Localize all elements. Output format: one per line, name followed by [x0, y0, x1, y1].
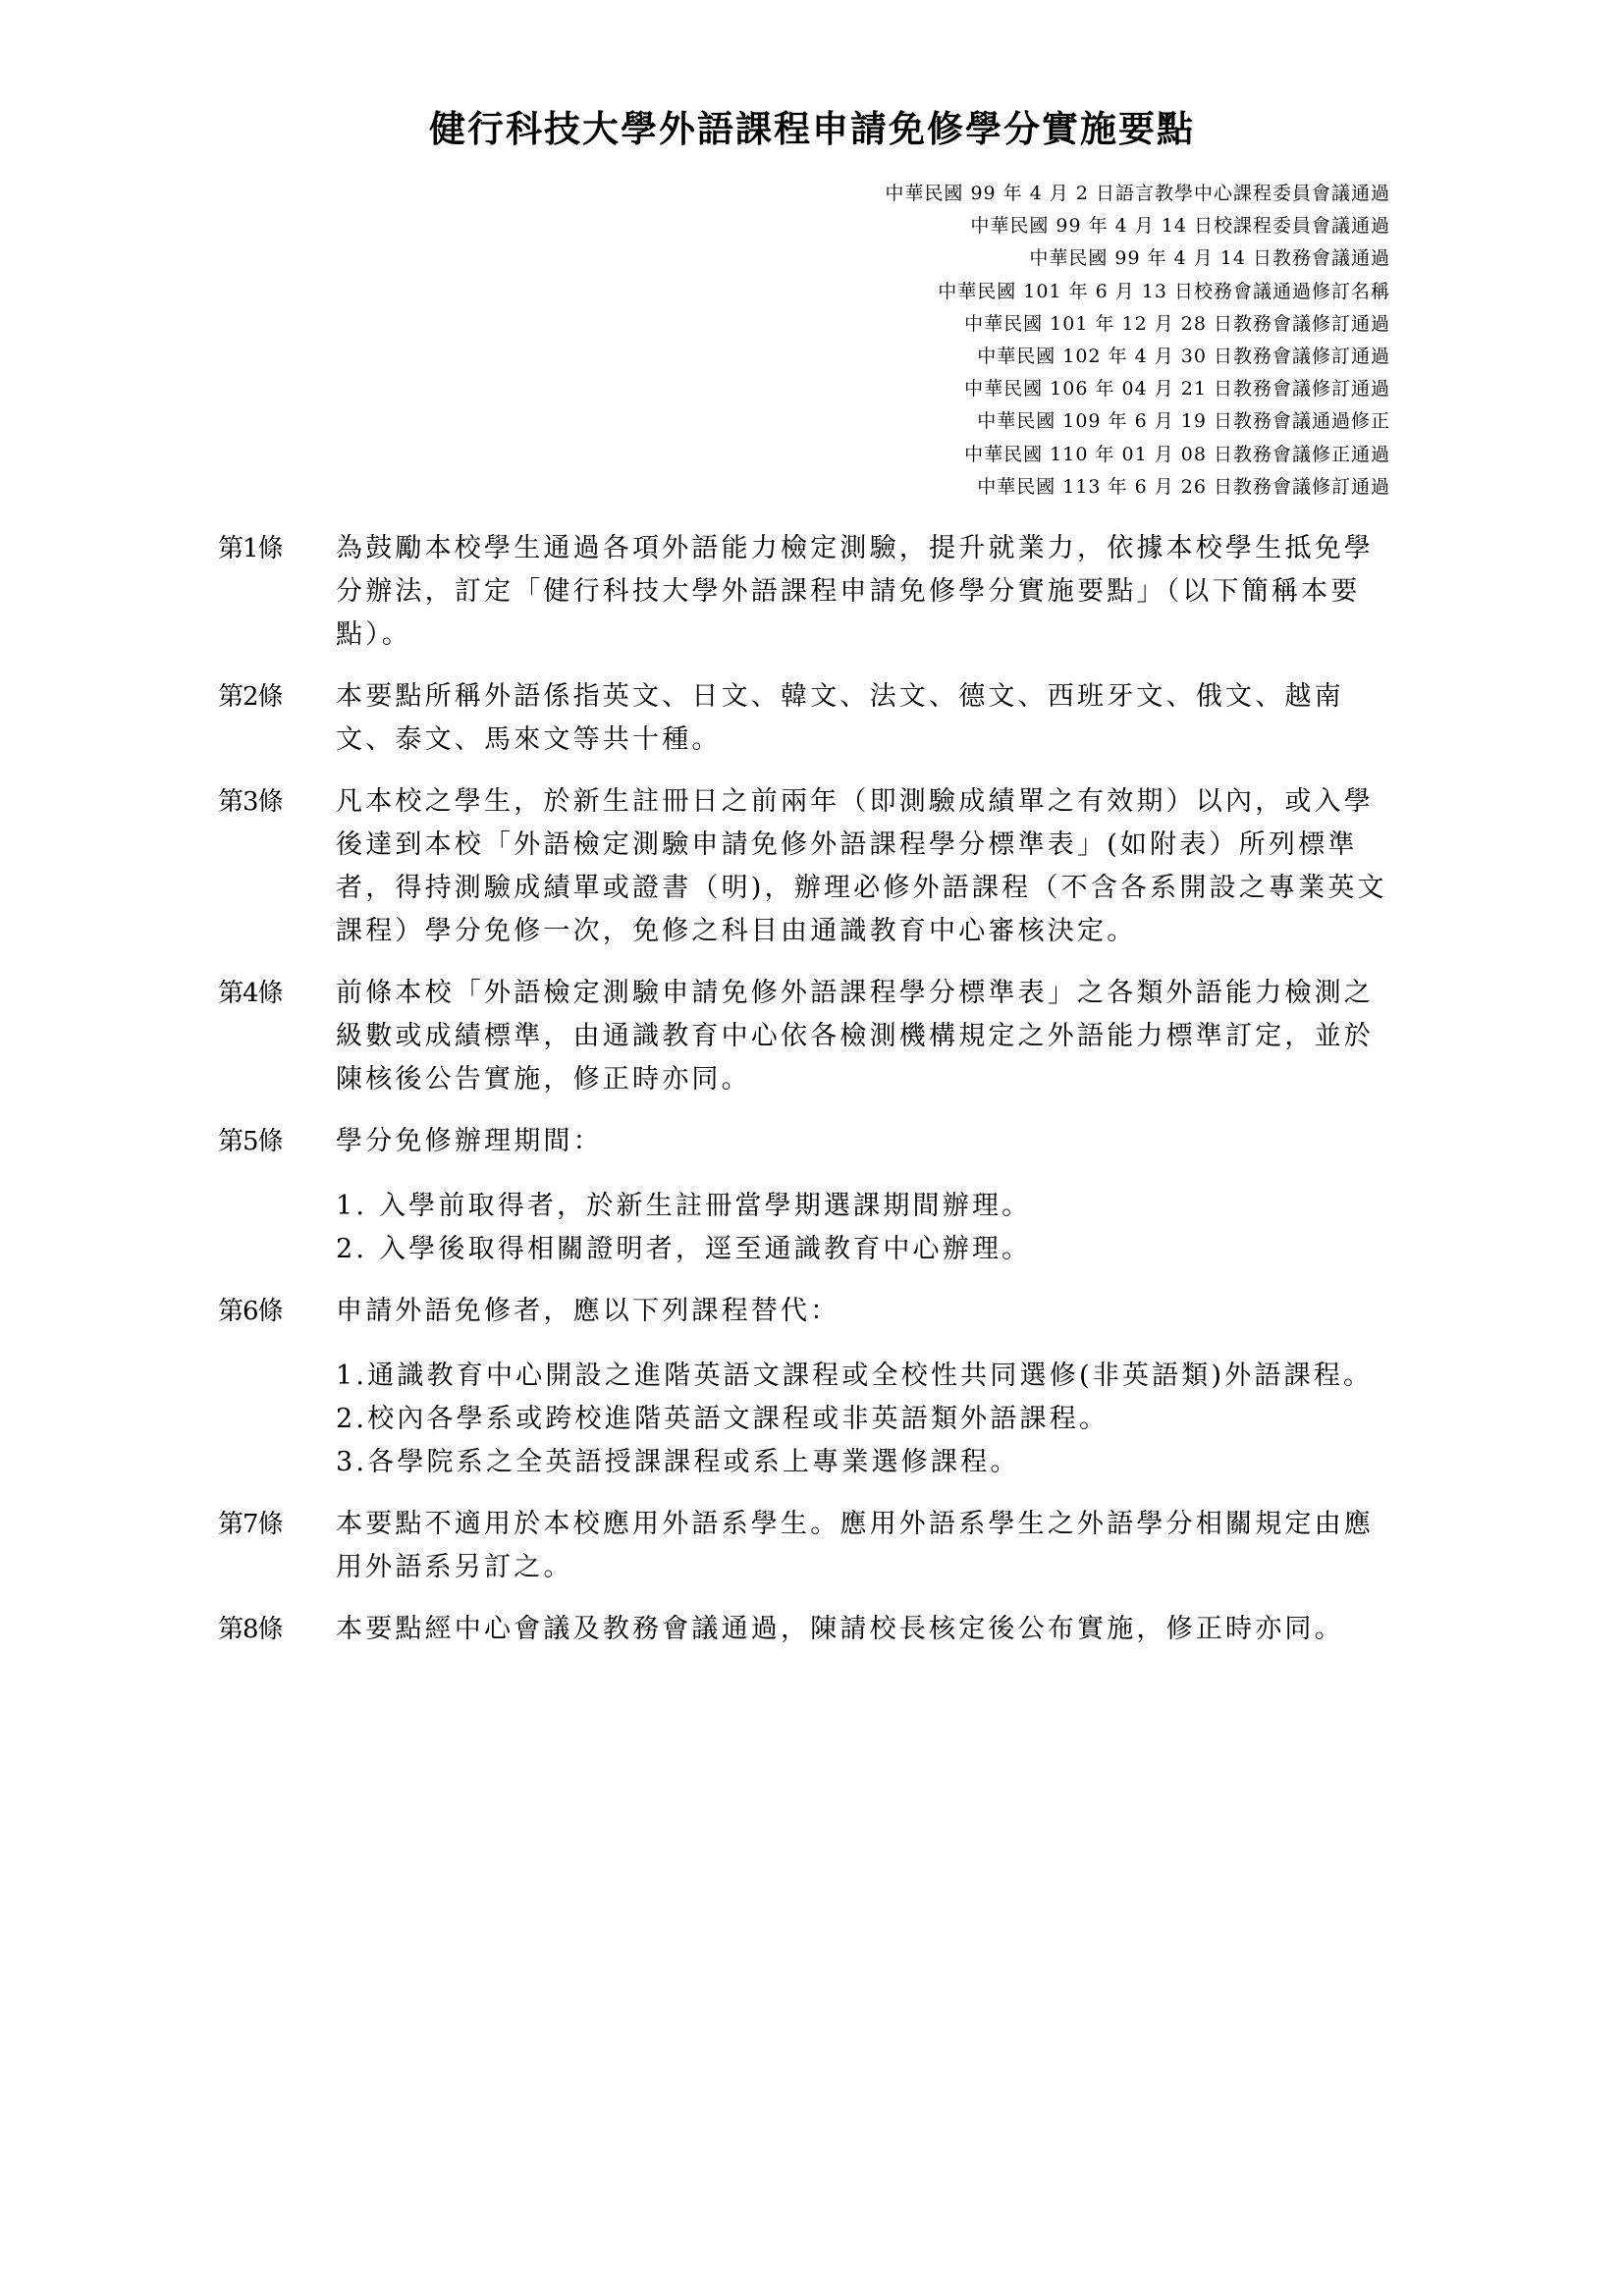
- article-label: 第8條: [218, 1608, 336, 1651]
- article-sub-list: 1.通識教育中心開設之進階英語文課程或全校性共同選修(非英語類)外語課程。 2.…: [336, 1355, 1391, 1484]
- history-line: 中華民國 101 年 6 月 13 日校務會議通過修訂名稱: [885, 276, 1390, 308]
- amendment-history: 中華民國 99 年 4 月 2 日語言教學中心課程委員會議通過 中華民國 99 …: [885, 178, 1390, 504]
- article-8: 第8條 本要點經中心會議及教務會議通過，陳請校長核定後公布實施，修正時亦同。: [218, 1608, 1391, 1651]
- article-text: 本要點所稱外語係指英文、日文、韓文、法文、德文、西班牙文、俄文、越南文、泰文、馬…: [336, 675, 1391, 762]
- article-body: 申請外語免修者，應以下列課程替代： 1.通識教育中心開設之進階英語文課程或全校性…: [336, 1290, 1391, 1484]
- article-6: 第6條 申請外語免修者，應以下列課程替代： 1.通識教育中心開設之進階英語文課程…: [218, 1290, 1391, 1484]
- history-line: 中華民國 106 年 04 月 21 日教務會議修訂通過: [885, 373, 1390, 405]
- history-line: 中華民國 99 年 4 月 2 日語言教學中心課程委員會議通過: [885, 178, 1390, 210]
- article-3: 第3條 凡本校之學生，於新生註冊日之前兩年（即測驗成績單之有效期）以內，或入學後…: [218, 780, 1391, 953]
- article-label: 第2條: [218, 675, 336, 762]
- history-line: 中華民國 109 年 6 月 19 日教務會議通過修正: [885, 405, 1390, 438]
- history-line: 中華民國 101 年 12 月 28 日教務會議修訂通過: [885, 308, 1390, 341]
- article-text: 學分免修辦理期間：: [336, 1120, 1391, 1163]
- article-4: 第4條 前條本校「外語檢定測驗申請免修外語課程學分標準表」之各類外語能力檢測之級…: [218, 972, 1391, 1101]
- article-7: 第7條 本要點不適用於本校應用外語系學生。應用外語系學生之外語學分相關規定由應用…: [218, 1503, 1391, 1589]
- list-item: 2.校內各學系或跨校進階英語文課程或非英語類外語課程。: [336, 1398, 1391, 1441]
- history-line: 中華民國 110 年 01 月 08 日教務會議修正通過: [885, 439, 1390, 471]
- article-label: 第1條: [218, 527, 336, 657]
- article-body: 學分免修辦理期間： 1. 入學前取得者，於新生註冊當學期選課期間辦理。 2. 入…: [336, 1120, 1391, 1271]
- article-1: 第1條 為鼓勵本校學生通過各項外語能力檢定測驗，提升就業力，依據本校學生抵免學分…: [218, 527, 1391, 657]
- article-text: 申請外語免修者，應以下列課程替代：: [336, 1290, 1391, 1333]
- history-line: 中華民國 102 年 4 月 30 日教務會議修訂通過: [885, 341, 1390, 373]
- list-item: 1. 入學前取得者，於新生註冊當學期選課期間辦理。: [336, 1185, 1391, 1228]
- article-label: 第7條: [218, 1503, 336, 1589]
- article-label: 第3條: [218, 780, 336, 953]
- article-text: 凡本校之學生，於新生註冊日之前兩年（即測驗成績單之有效期）以內，或入學後達到本校…: [336, 780, 1391, 953]
- article-label: 第4條: [218, 972, 336, 1101]
- article-text: 本要點不適用於本校應用外語系學生。應用外語系學生之外語學分相關規定由應用外語系另…: [336, 1503, 1391, 1589]
- article-2: 第2條 本要點所稱外語係指英文、日文、韓文、法文、德文、西班牙文、俄文、越南文、…: [218, 675, 1391, 762]
- article-sub-list: 1. 入學前取得者，於新生註冊當學期選課期間辦理。 2. 入學後取得相關證明者，…: [336, 1185, 1391, 1271]
- list-item: 2. 入學後取得相關證明者，逕至通識教育中心辦理。: [336, 1228, 1391, 1271]
- list-item: 1.通識教育中心開設之進階英語文課程或全校性共同選修(非英語類)外語課程。: [336, 1355, 1391, 1398]
- article-text: 前條本校「外語檢定測驗申請免修外語課程學分標準表」之各類外語能力檢測之級數或成績…: [336, 972, 1391, 1101]
- list-item: 3.各學院系之全英語授課課程或系上專業選修課程。: [336, 1441, 1391, 1484]
- history-line: 中華民國 99 年 4 月 14 日校課程委員會議通過: [885, 210, 1390, 242]
- history-line: 中華民國 113 年 6 月 26 日教務會議修訂通過: [885, 471, 1390, 504]
- article-5: 第5條 學分免修辦理期間： 1. 入學前取得者，於新生註冊當學期選課期間辦理。 …: [218, 1120, 1391, 1271]
- document-title: 健行科技大學外語課程申請免修學分實施要點: [0, 104, 1624, 153]
- article-label: 第5條: [218, 1120, 336, 1271]
- article-label: 第6條: [218, 1290, 336, 1484]
- history-line: 中華民國 99 年 4 月 14 日教務會議通過: [885, 242, 1390, 275]
- article-text: 本要點經中心會議及教務會議通過，陳請校長核定後公布實施，修正時亦同。: [336, 1608, 1391, 1651]
- article-text: 為鼓勵本校學生通過各項外語能力檢定測驗，提升就業力，依據本校學生抵免學分辦法，訂…: [336, 527, 1391, 657]
- articles-list: 第1條 為鼓勵本校學生通過各項外語能力檢定測驗，提升就業力，依據本校學生抵免學分…: [218, 527, 1391, 1670]
